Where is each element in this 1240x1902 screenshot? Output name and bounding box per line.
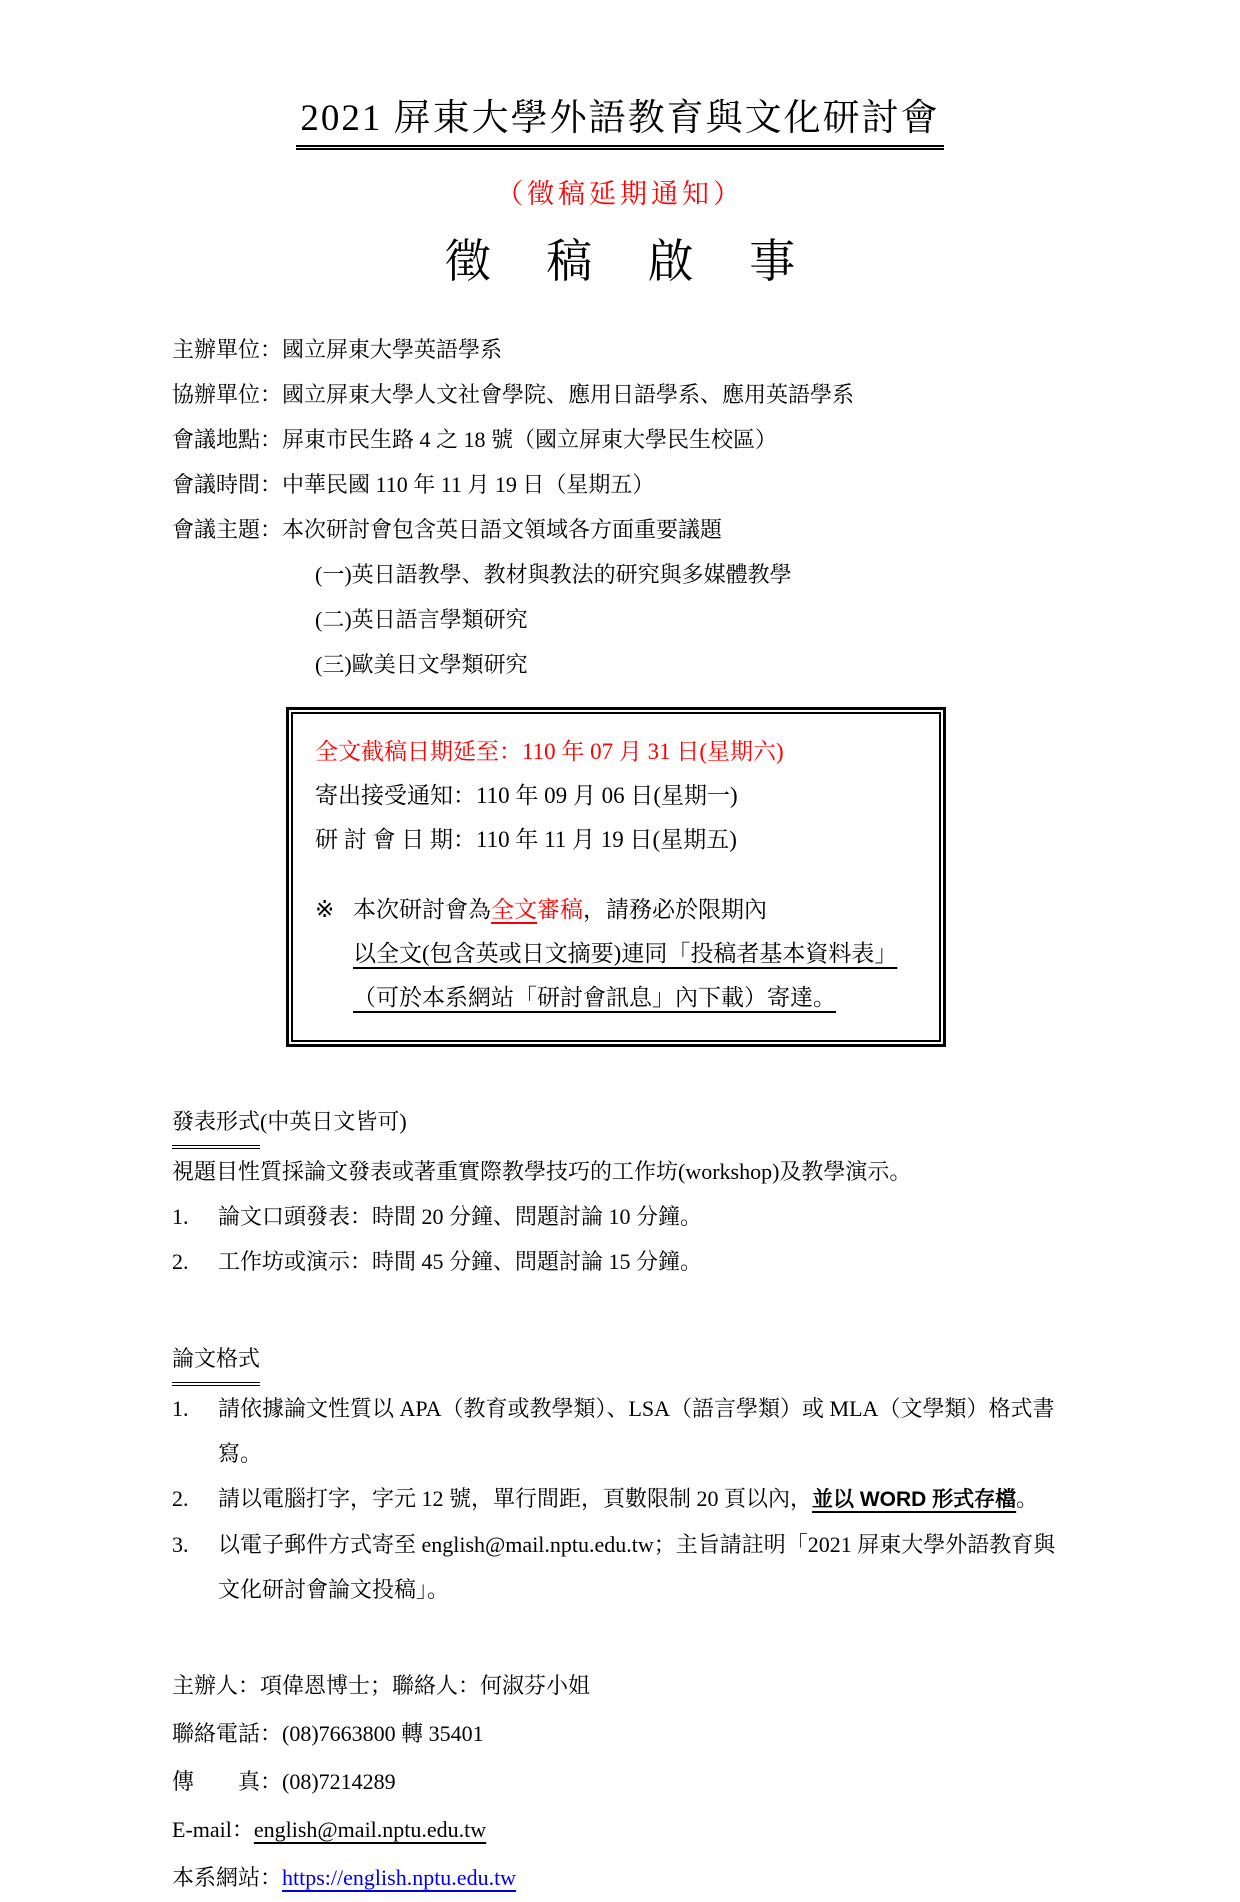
presentation-heading-line: 發表形式(中英日文皆可) <box>172 1099 1068 1149</box>
deadline-line: 全文截稿日期延至：110 年 07 月 31 日(星期六) <box>315 730 921 774</box>
doc-title: 2021 屏東大學外語教育與文化研討會 <box>296 96 943 150</box>
info-label: 會議地點： <box>172 427 282 452</box>
list-item: 3. 以電子郵件方式寄至 english@mail.nptu.edu.tw；主旨… <box>172 1522 1068 1612</box>
deadline-box: 全文截稿日期延至：110 年 07 月 31 日(星期六) 寄出接受通知：110… <box>286 707 946 1047</box>
contact-label: 主辦人： <box>172 1673 260 1698</box>
list-item: 1. 論文口頭發表：時間 20 分鐘、問題討論 10 分鐘。 <box>172 1194 1068 1239</box>
contact-label: 傳 真： <box>172 1769 282 1794</box>
contact-block: 主辦人：項偉恩博士；聯絡人：何淑芬小姐 聯絡電話：(08)7663800 轉 3… <box>172 1662 1068 1902</box>
item-text: 以電子郵件方式寄至 english@mail.nptu.edu.tw；主旨請註明… <box>218 1522 1068 1612</box>
info-label: 協辦單位： <box>172 382 282 407</box>
info-value: 國立屏東大學英語學系 <box>282 337 502 362</box>
info-line-organizer: 主辦單位：國立屏東大學英語學系 <box>172 327 1068 372</box>
section-heading-suffix: (中英日文皆可) <box>260 1109 407 1134</box>
note-line-3: （可於本系網站「研討會訊息」內下載）寄達。 <box>315 976 921 1020</box>
info-value: 屏東市民生路 4 之 18 號（國立屏東大學民生校區） <box>282 427 777 452</box>
reference-mark: ※ <box>315 888 353 932</box>
item-text: 請以電腦打字，字元 12 號，單行間距，頁數限制 20 頁以內，並以 WORD … <box>218 1476 1068 1522</box>
info-line-coorganizer: 協辦單位：國立屏東大學人文社會學院、應用日語學系、應用英語學系 <box>172 372 1068 417</box>
contact-line-fax: 傳 真：(08)7214289 <box>172 1758 1068 1806</box>
info-line-date: 會議時間：中華民國 110 年 11 月 19 日（星期五） <box>172 462 1068 507</box>
contact-label: E-mail： <box>172 1817 254 1842</box>
info-line-theme: 會議主題：本次研討會包含英日語文領域各方面重要議題 <box>172 507 1068 552</box>
document-page: 2021 屏東大學外語教育與文化研討會 （徵稿延期通知） 徵 稿 啟 事 主辦單… <box>0 0 1240 1902</box>
note-line-1: ※本次研討會為全文審稿，請務必於限期內 <box>315 888 921 932</box>
topic-item-1: (一)英日語教學、教材與教法的研究與多媒體教學 <box>172 552 1068 597</box>
item-text-end: 。 <box>1016 1486 1038 1511</box>
email-link[interactable]: english@mail.nptu.edu.tw <box>254 1817 486 1842</box>
contact-line-email: E-mail：english@mail.nptu.edu.tw <box>172 1806 1068 1854</box>
info-line-venue: 會議地點：屏東市民生路 4 之 18 號（國立屏東大學民生校區） <box>172 417 1068 462</box>
presentation-intro: 視題目性質採論文發表或著重實際教學技巧的工作坊(workshop)及教學演示。 <box>172 1149 1068 1194</box>
info-label: 主辦單位： <box>172 337 282 362</box>
info-value: 國立屏東大學人文社會學院、應用日語學系、應用英語學系 <box>282 382 854 407</box>
list-item: 2. 工作坊或演示：時間 45 分鐘、問題討論 15 分鐘。 <box>172 1239 1068 1284</box>
note-red-underlined: 全文 <box>491 897 537 922</box>
contact-value: (08)7663800 轉 35401 <box>282 1721 484 1746</box>
website-link[interactable]: https://english.nptu.edu.tw <box>282 1865 516 1890</box>
info-value: 中華民國 110 年 11 月 19 日（星期五） <box>282 472 654 497</box>
info-label: 會議主題： <box>172 517 282 542</box>
note-text: 本次研討會為 <box>353 897 491 922</box>
item-number: 3. <box>172 1522 218 1612</box>
item-text: 論文口頭發表：時間 20 分鐘、問題討論 10 分鐘。 <box>218 1194 1068 1239</box>
conference-date-line: 研 討 會 日 期：110 年 11 月 19 日(星期五) <box>315 818 921 862</box>
info-value: 本次研討會包含英日語文領域各方面重要議題 <box>282 517 722 542</box>
topic-item-2: (二)英日語言學類研究 <box>172 597 1068 642</box>
contact-label: 聯絡電話： <box>172 1721 282 1746</box>
conference-info: 主辦單位：國立屏東大學英語學系 協辦單位：國立屏東大學人文社會學院、應用日語學系… <box>172 327 1068 687</box>
note-line-2: 以全文(包含英或日文摘要)連同「投稿者基本資料表」 <box>315 932 921 976</box>
note-red: 審稿 <box>537 897 583 922</box>
topic-item-3: (三)歐美日文學類研究 <box>172 642 1068 687</box>
item-text: 工作坊或演示：時間 45 分鐘、問題討論 15 分鐘。 <box>218 1239 1068 1284</box>
item-number: 1. <box>172 1194 218 1239</box>
notification-line: 寄出接受通知：110 年 09 月 06 日(星期一) <box>315 774 921 818</box>
list-item: 1. 請依據論文性質以 APA（教育或教學類）、LSA（語言學類）或 MLA（文… <box>172 1386 1068 1476</box>
section-heading: 論文格式 <box>172 1336 260 1386</box>
list-item: 2. 請以電腦打字，字元 12 號，單行間距，頁數限制 20 頁以內，並以 WO… <box>172 1476 1068 1522</box>
contact-line-host: 主辦人：項偉恩博士；聯絡人：何淑芬小姐 <box>172 1662 1068 1710</box>
item-number: 1. <box>172 1386 218 1476</box>
header: 2021 屏東大學外語教育與文化研討會 <box>172 96 1068 150</box>
paper-format-heading-line: 論文格式 <box>172 1336 1068 1386</box>
note-underlined-text: （可於本系網站「研討會訊息」內下載）寄達。 <box>353 985 836 1010</box>
main-heading: 徵 稿 啟 事 <box>194 225 1068 291</box>
section-heading: 發表形式 <box>172 1099 260 1149</box>
contact-value: (08)7214289 <box>282 1769 396 1794</box>
note-text: ，請務必於限期內 <box>583 897 767 922</box>
item-number: 2. <box>172 1239 218 1284</box>
contact-value: 項偉恩博士；聯絡人：何淑芬小姐 <box>260 1673 590 1698</box>
contact-line-phone: 聯絡電話：(08)7663800 轉 35401 <box>172 1710 1068 1758</box>
notice-subtitle: （徵稿延期通知） <box>172 172 1068 211</box>
contact-label: 本系網站： <box>172 1865 282 1890</box>
contact-line-website: 本系網站：https://english.nptu.edu.tw <box>172 1854 1068 1902</box>
item-text-bold-underline: 並以 WORD 形式存檔 <box>812 1488 1016 1511</box>
deadline-box-inner: 全文截稿日期延至：110 年 07 月 31 日(星期六) 寄出接受通知：110… <box>291 712 941 1042</box>
info-label: 會議時間： <box>172 472 282 497</box>
item-text: 請依據論文性質以 APA（教育或教學類）、LSA（語言學類）或 MLA（文學類）… <box>218 1386 1068 1476</box>
paper-format-section: 論文格式 1. 請依據論文性質以 APA（教育或教學類）、LSA（語言學類）或 … <box>172 1336 1068 1612</box>
item-number: 2. <box>172 1476 218 1522</box>
note-underlined-text: 以全文(包含英或日文摘要)連同「投稿者基本資料表」 <box>353 941 897 966</box>
item-text-plain: 請以電腦打字，字元 12 號，單行間距，頁數限制 20 頁以內， <box>218 1486 812 1511</box>
presentation-section: 發表形式(中英日文皆可) 視題目性質採論文發表或著重實際教學技巧的工作坊(wor… <box>172 1099 1068 1284</box>
